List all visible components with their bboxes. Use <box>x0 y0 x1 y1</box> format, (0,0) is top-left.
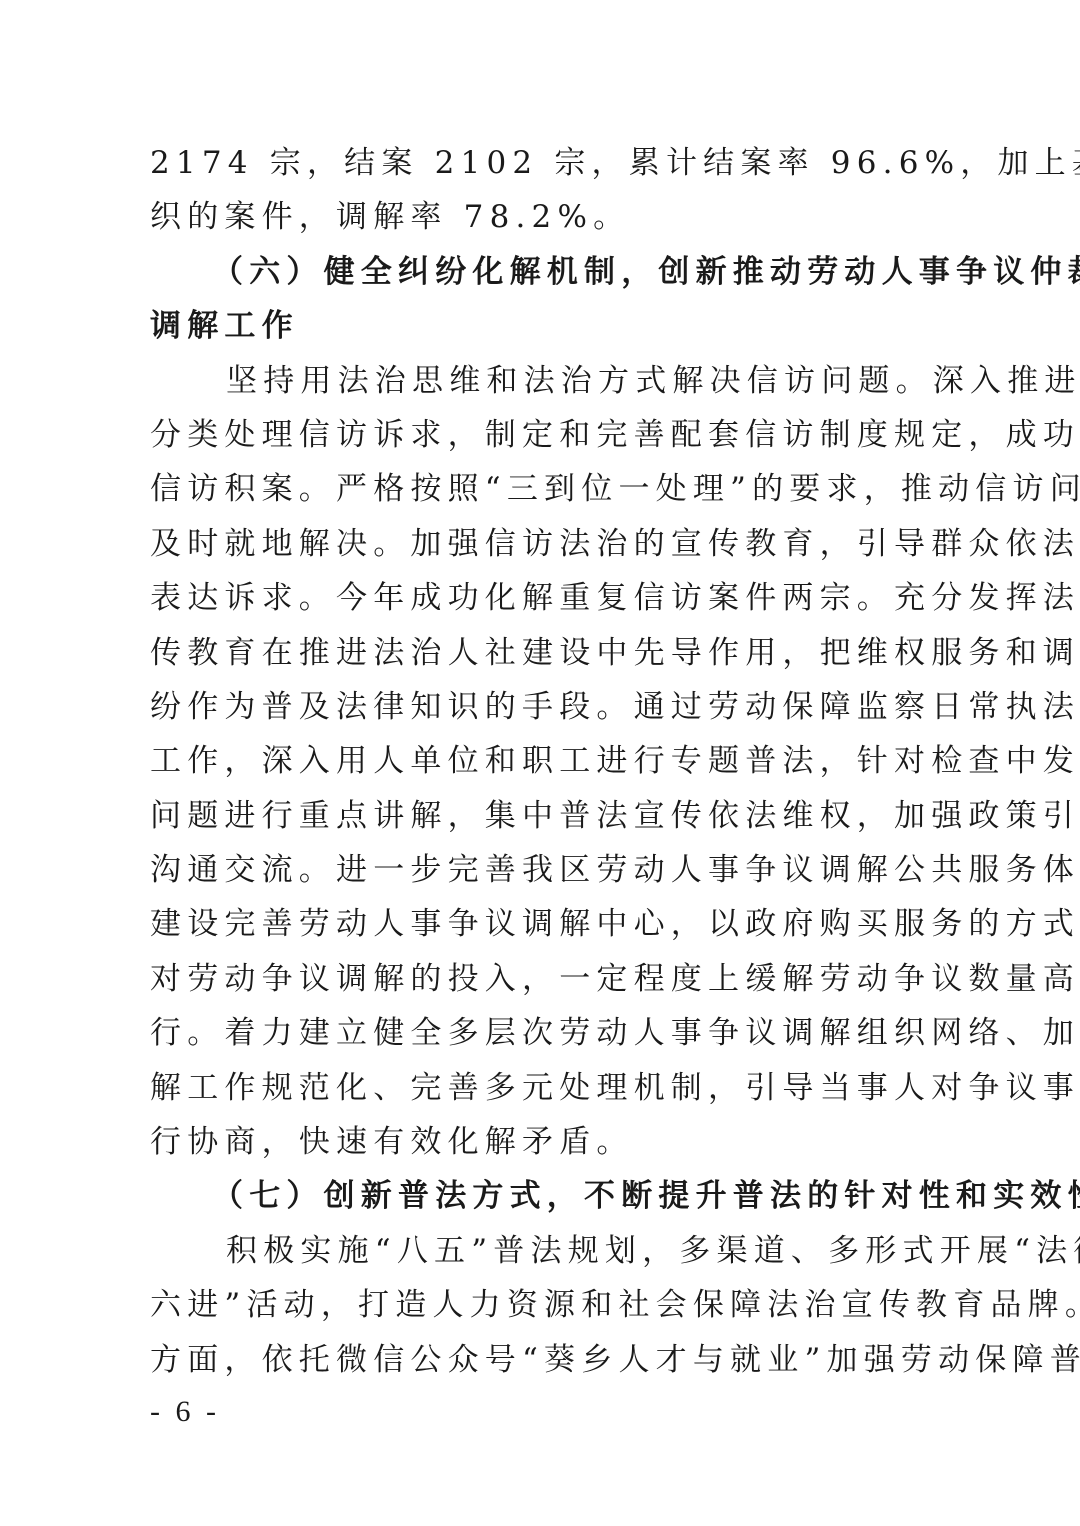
section-heading-6: （六）健全纠纷化解机制，创新推动劳动人事争议仲裁 <box>150 245 920 299</box>
body-line: 行协商，快速有效化解矛盾。 <box>150 1115 920 1169</box>
document-page: 2174 宗，结案 2102 宗，累计结案率 96.6%，加上基层调解组 织的案… <box>150 136 920 1387</box>
body-line: 建设完善劳动人事争议调解中心，以政府购买服务的方式加大 <box>150 897 920 951</box>
body-line: 六进”活动，打造人力资源和社会保障法治宣传教育品牌。一 <box>150 1278 920 1332</box>
body-line: 方面，依托微信公众号“葵乡人才与就业”加强劳动保障普法 <box>150 1333 920 1387</box>
body-line: 纷作为普及法律知识的手段。通过劳动保障监察日常执法检查 <box>150 680 920 734</box>
body-line: 对劳动争议调解的投入，一定程度上缓解劳动争议数量高位运 <box>150 952 920 1006</box>
paragraph-start: 积极实施“八五”普法规划，多渠道、多形式开展“法律 <box>150 1224 920 1278</box>
body-line: 沟通交流。进一步完善我区劳动人事争议调解公共服务体系， <box>150 843 920 897</box>
body-line: 传教育在推进法治人社建设中先导作用，把维权服务和调解纠 <box>150 626 920 680</box>
body-line: 行。着力建立健全多层次劳动人事争议调解组织网络、加强调 <box>150 1006 920 1060</box>
section-heading-7: （七）创新普法方式，不断提升普法的针对性和实效性 <box>150 1169 920 1223</box>
body-line: 工作，深入用人单位和职工进行专题普法，针对检查中发现的 <box>150 734 920 788</box>
body-line: 解工作规范化、完善多元处理机制，引导当事人对争议事项进 <box>150 1061 920 1115</box>
body-line: 及时就地解决。加强信访法治的宣传教育，引导群众依法理性 <box>150 517 920 571</box>
body-line: 2174 宗，结案 2102 宗，累计结案率 96.6%，加上基层调解组 <box>150 136 920 190</box>
section-heading-6-cont: 调解工作 <box>150 299 920 353</box>
body-line: 信访积案。严格按照“三到位一处理”的要求，推动信访问题 <box>150 462 920 516</box>
body-line: 问题进行重点讲解，集中普法宣传依法维权，加强政策引导和 <box>150 789 920 843</box>
body-line: 织的案件，调解率 78.2%。 <box>150 190 920 244</box>
paragraph-start: 坚持用法治思维和法治方式解决信访问题。深入推进依法 <box>150 354 920 408</box>
body-line: 分类处理信访诉求，制定和完善配套信访制度规定，成功化解 <box>150 408 920 462</box>
page-number: - 6 - <box>150 1395 220 1429</box>
body-line: 表达诉求。今年成功化解重复信访案件两宗。充分发挥法治宣 <box>150 571 920 625</box>
